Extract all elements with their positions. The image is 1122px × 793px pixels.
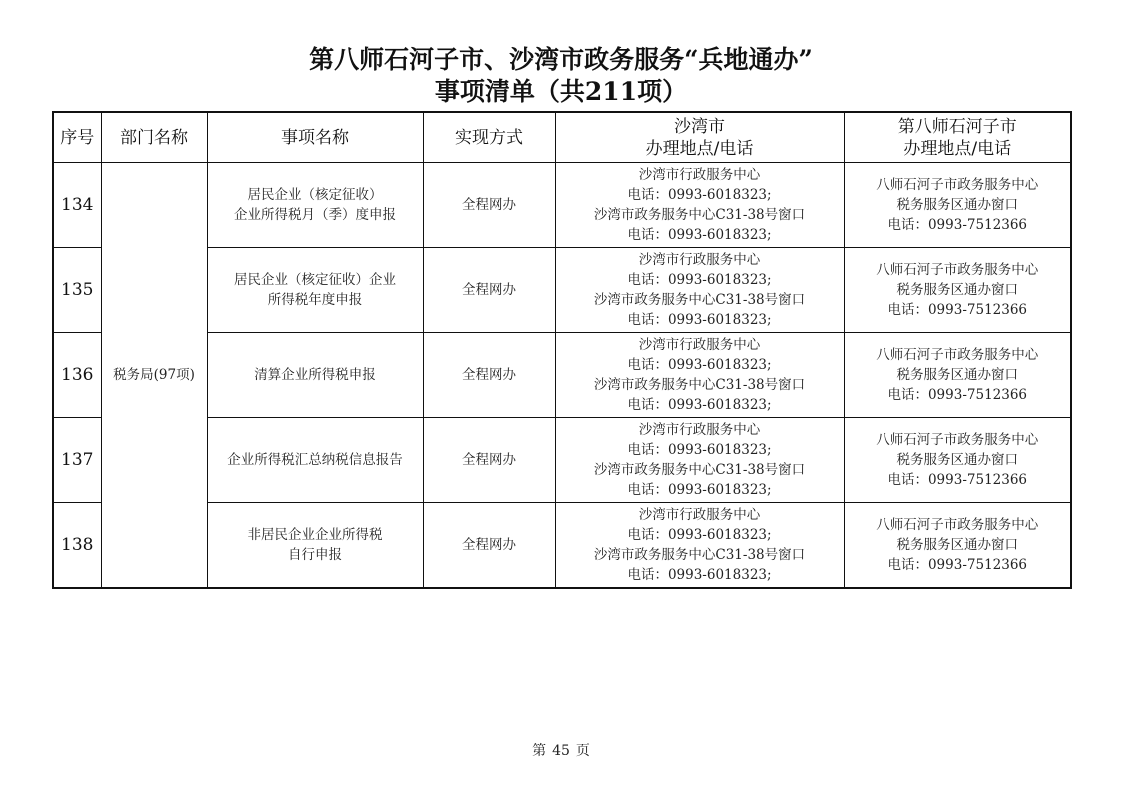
page-number-value: 45: [552, 743, 570, 759]
shihezi-line: 电话：0993-7512366: [845, 215, 1071, 235]
page-prefix: 第: [532, 743, 546, 759]
header-dept: 部门名称: [101, 112, 207, 163]
shihezi-line: 税务服务区通办窗口: [845, 195, 1071, 215]
shihezi-line: 电话：0993-7512366: [845, 300, 1071, 320]
shawan-line: 沙湾市行政服务中心: [556, 250, 844, 270]
row-shawan: 沙湾市行政服务中心 电话：0993-6018323; 沙湾市政务服务中心C31-…: [555, 163, 844, 248]
row-shawan: 沙湾市行政服务中心 电话：0993-6018323; 沙湾市政务服务中心C31-…: [555, 503, 844, 589]
shawan-line: 电话：0993-6018323;: [556, 310, 844, 330]
document-title-line2: 事项清单（共211项）: [0, 72, 1122, 108]
shihezi-line: 八师石河子市政务服务中心: [845, 430, 1071, 450]
row-shihezi: 八师石河子市政务服务中心 税务服务区通办窗口 电话：0993-7512366: [844, 333, 1071, 418]
department-cell: 税务局(97项): [101, 163, 207, 589]
shihezi-line: 电话：0993-7512366: [845, 385, 1071, 405]
item-line: 居民企业（核定征收）: [208, 185, 423, 205]
item-line: 居民企业（核定征收）企业: [208, 270, 423, 290]
document-title-line1: 第八师石河子市、沙湾市政务服务“兵地通办”: [0, 40, 1122, 76]
row-seq: 138: [53, 503, 101, 589]
row-method: 全程网办: [423, 248, 555, 333]
shawan-line: 沙湾市行政服务中心: [556, 335, 844, 355]
header-shawan: 沙湾市 办理地点/电话: [555, 112, 844, 163]
shawan-line: 电话：0993-6018323;: [556, 185, 844, 205]
shawan-line: 沙湾市政务服务中心C31-38号窗口: [556, 205, 844, 225]
shihezi-line: 八师石河子市政务服务中心: [845, 175, 1071, 195]
table-row: 134 税务局(97项) 居民企业（核定征收） 企业所得税月（季）度申报 全程网…: [53, 163, 1071, 248]
item-line: 所得税年度申报: [208, 290, 423, 310]
row-shihezi: 八师石河子市政务服务中心 税务服务区通办窗口 电话：0993-7512366: [844, 163, 1071, 248]
shihezi-line: 税务服务区通办窗口: [845, 280, 1071, 300]
shawan-line: 电话：0993-6018323;: [556, 565, 844, 585]
shawan-line: 电话：0993-6018323;: [556, 225, 844, 245]
header-shawan-line1: 沙湾市: [556, 116, 844, 138]
row-item: 企业所得税汇总纳税信息报告: [207, 418, 423, 503]
shawan-line: 沙湾市行政服务中心: [556, 420, 844, 440]
shihezi-line: 八师石河子市政务服务中心: [845, 260, 1071, 280]
header-method: 实现方式: [423, 112, 555, 163]
row-method: 全程网办: [423, 503, 555, 589]
shawan-line: 电话：0993-6018323;: [556, 355, 844, 375]
row-method: 全程网办: [423, 163, 555, 248]
item-line: 清算企业所得税申报: [208, 365, 423, 385]
row-shawan: 沙湾市行政服务中心 电话：0993-6018323; 沙湾市政务服务中心C31-…: [555, 333, 844, 418]
row-item: 非居民企业企业所得税 自行申报: [207, 503, 423, 589]
header-shihezi-line2: 办理地点/电话: [845, 138, 1071, 160]
shawan-line: 沙湾市政务服务中心C31-38号窗口: [556, 290, 844, 310]
row-seq: 137: [53, 418, 101, 503]
matters-table: 序号 部门名称 事项名称 实现方式 沙湾市 办理地点/电话 第八师石河子市 办理…: [52, 111, 1072, 589]
shihezi-line: 税务服务区通办窗口: [845, 365, 1071, 385]
shawan-line: 沙湾市政务服务中心C31-38号窗口: [556, 375, 844, 395]
shawan-line: 电话：0993-6018323;: [556, 270, 844, 290]
header-item: 事项名称: [207, 112, 423, 163]
shawan-line: 沙湾市行政服务中心: [556, 165, 844, 185]
row-method: 全程网办: [423, 418, 555, 503]
header-seq: 序号: [53, 112, 101, 163]
item-line: 自行申报: [208, 545, 423, 565]
header-shihezi-line1: 第八师石河子市: [845, 116, 1071, 138]
row-item: 居民企业（核定征收）企业 所得税年度申报: [207, 248, 423, 333]
item-line: 企业所得税月（季）度申报: [208, 205, 423, 225]
shihezi-line: 税务服务区通办窗口: [845, 450, 1071, 470]
row-seq: 134: [53, 163, 101, 248]
shawan-line: 沙湾市政务服务中心C31-38号窗口: [556, 460, 844, 480]
shihezi-line: 八师石河子市政务服务中心: [845, 345, 1071, 365]
shihezi-line: 电话：0993-7512366: [845, 555, 1071, 575]
row-seq: 136: [53, 333, 101, 418]
shawan-line: 电话：0993-6018323;: [556, 480, 844, 500]
row-shihezi: 八师石河子市政务服务中心 税务服务区通办窗口 电话：0993-7512366: [844, 503, 1071, 589]
row-shawan: 沙湾市行政服务中心 电话：0993-6018323; 沙湾市政务服务中心C31-…: [555, 248, 844, 333]
shawan-line: 电话：0993-6018323;: [556, 525, 844, 545]
shawan-line: 沙湾市政务服务中心C31-38号窗口: [556, 545, 844, 565]
shihezi-line: 八师石河子市政务服务中心: [845, 515, 1071, 535]
header-shihezi: 第八师石河子市 办理地点/电话: [844, 112, 1071, 163]
header-shawan-line2: 办理地点/电话: [556, 138, 844, 160]
row-method: 全程网办: [423, 333, 555, 418]
row-shihezi: 八师石河子市政务服务中心 税务服务区通办窗口 电话：0993-7512366: [844, 418, 1071, 503]
page-number: 第45页: [0, 740, 1122, 760]
row-shawan: 沙湾市行政服务中心 电话：0993-6018323; 沙湾市政务服务中心C31-…: [555, 418, 844, 503]
row-item: 居民企业（核定征收） 企业所得税月（季）度申报: [207, 163, 423, 248]
row-item: 清算企业所得税申报: [207, 333, 423, 418]
row-seq: 135: [53, 248, 101, 333]
item-line: 企业所得税汇总纳税信息报告: [208, 450, 423, 470]
page-suffix: 页: [576, 743, 590, 759]
shawan-line: 电话：0993-6018323;: [556, 395, 844, 415]
shihezi-line: 税务服务区通办窗口: [845, 535, 1071, 555]
row-shihezi: 八师石河子市政务服务中心 税务服务区通办窗口 电话：0993-7512366: [844, 248, 1071, 333]
shawan-line: 沙湾市行政服务中心: [556, 505, 844, 525]
shihezi-line: 电话：0993-7512366: [845, 470, 1071, 490]
item-line: 非居民企业企业所得税: [208, 525, 423, 545]
shawan-line: 电话：0993-6018323;: [556, 440, 844, 460]
table-header-row: 序号 部门名称 事项名称 实现方式 沙湾市 办理地点/电话 第八师石河子市 办理…: [53, 112, 1071, 163]
